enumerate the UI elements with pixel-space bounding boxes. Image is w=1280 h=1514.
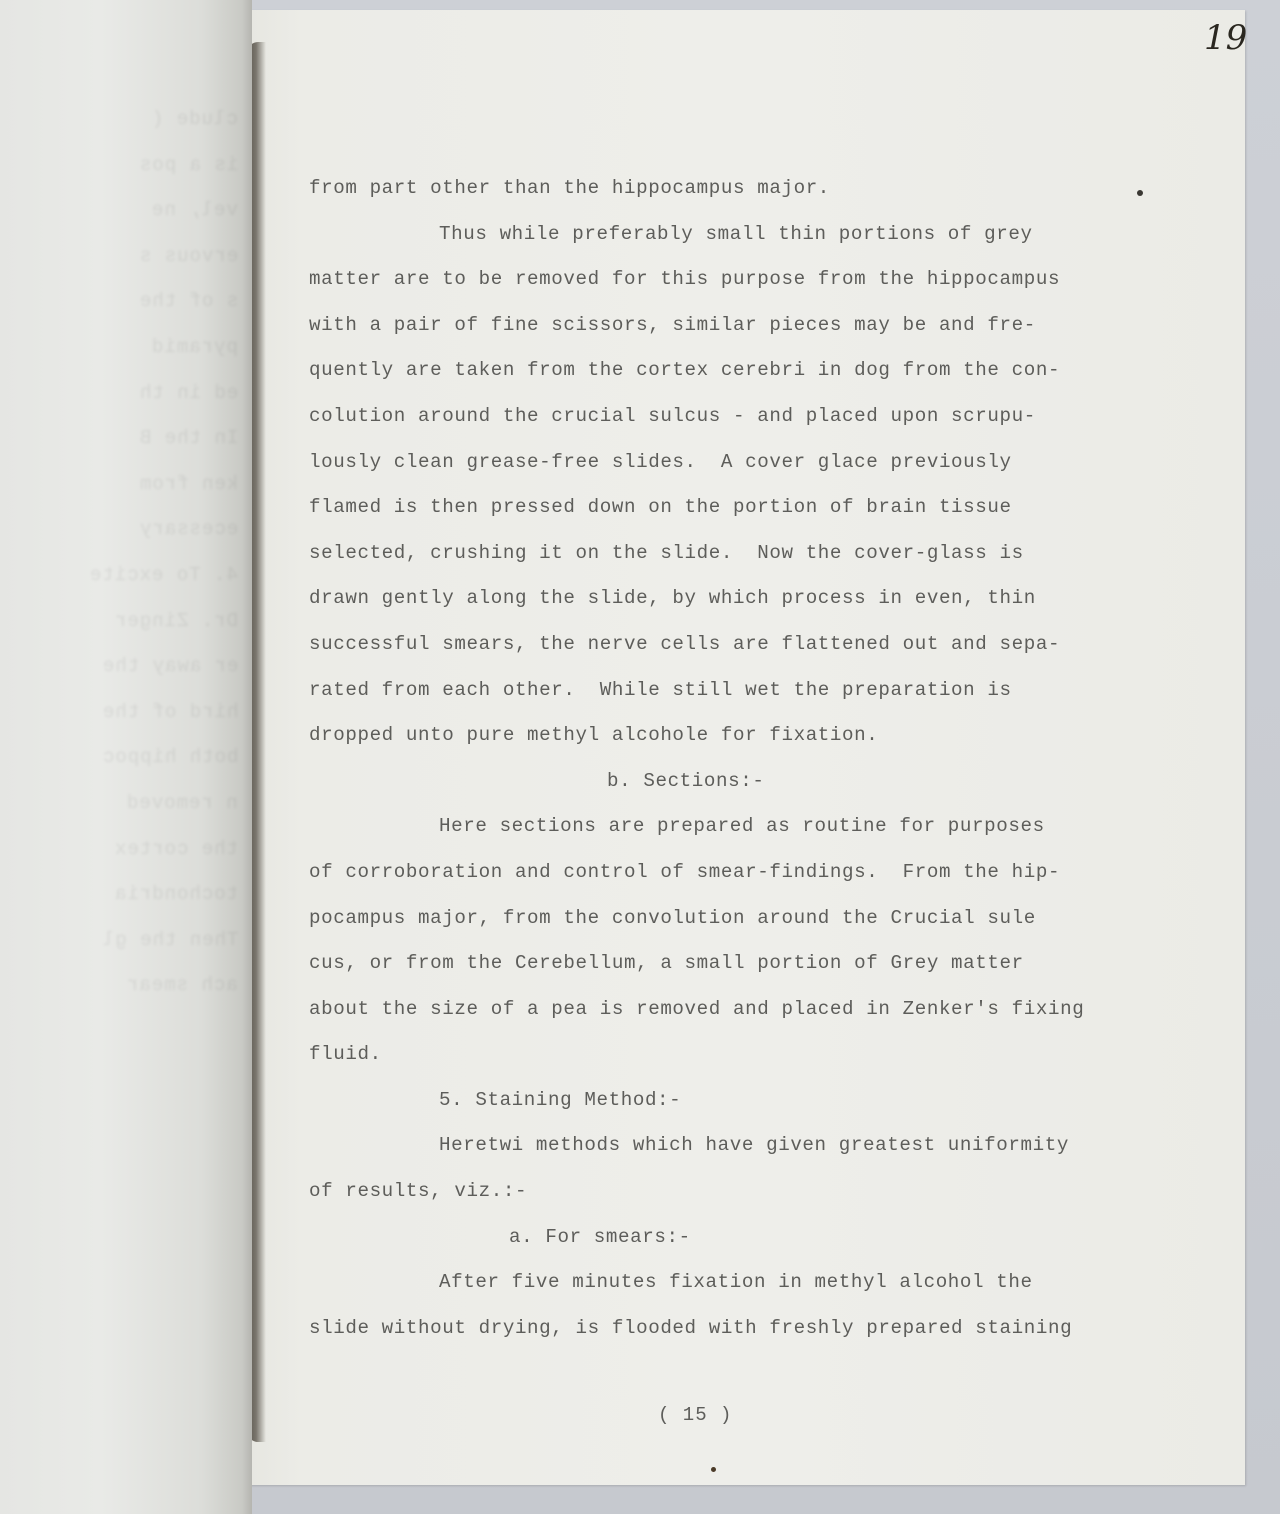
ghost-text-line: er away the <box>102 655 238 677</box>
ghost-text-line: pyramid <box>151 336 238 358</box>
text-line: rated from each other. While still wet t… <box>309 668 1189 714</box>
text-line: pocampus major, from the convolution aro… <box>309 896 1189 942</box>
text-line: b. Sections:- <box>309 759 1189 805</box>
ghost-text-line: clude ( <box>151 108 238 130</box>
text-line: cus, or from the Cerebellum, a small por… <box>309 941 1189 987</box>
text-line: selected, crushing it on the slide. Now … <box>309 531 1189 577</box>
text-line: with a pair of fine scissors, similar pi… <box>309 303 1189 349</box>
typed-page-number: ( 15 ) <box>658 1404 732 1426</box>
text-line: colution around the crucial sulcus - and… <box>309 394 1189 440</box>
text-line: about the size of a pea is removed and p… <box>309 987 1189 1033</box>
text-line: 5. Staining Method:- <box>309 1078 1189 1124</box>
text-line: slide without drying, is flooded with fr… <box>309 1306 1189 1352</box>
text-line: Here sections are prepared as routine fo… <box>309 804 1189 850</box>
ghost-text-line: hird of the <box>102 701 238 723</box>
ghost-text-line: ed in th <box>139 382 238 404</box>
handwritten-page-number: 19 <box>1204 18 1247 58</box>
text-line: fluid. <box>309 1032 1189 1078</box>
ghost-text-line: ervous s <box>139 245 238 267</box>
text-line: of corroboration and control of smear-fi… <box>309 850 1189 896</box>
text-line: matter are to be removed for this purpos… <box>309 257 1189 303</box>
text-line: After five minutes fixation in methyl al… <box>309 1260 1189 1306</box>
text-line: Heretwi methods which have given greates… <box>309 1123 1189 1169</box>
text-line: successful smears, the nerve cells are f… <box>309 622 1189 668</box>
ghost-text-line: ecessary <box>139 518 238 540</box>
text-line: flamed is then pressed down on the porti… <box>309 485 1189 531</box>
text-line: from part other than the hippocampus maj… <box>309 166 1189 212</box>
left-facing-page: clude (is a posvel, neervous ss of thepy… <box>0 0 252 1514</box>
ghost-text-line: Then the gl <box>102 929 238 951</box>
text-line: of results, viz.:- <box>309 1169 1189 1215</box>
typed-body-text: from part other than the hippocampus maj… <box>309 166 1189 1351</box>
text-line: drawn gently along the slide, by which p… <box>309 576 1189 622</box>
text-line: dropped unto pure methyl alcohole for fi… <box>309 713 1189 759</box>
ghost-text-line: is a pos <box>139 154 238 176</box>
ghost-text-line: tochondria <box>114 883 238 905</box>
ghost-text-line: 4. To excite <box>89 564 238 586</box>
ghost-text-line: ken from <box>139 473 238 495</box>
ghost-text-line: the cortex <box>114 838 238 860</box>
ghost-text-line: In the B <box>139 427 238 449</box>
paper-speck <box>711 1467 716 1472</box>
ghost-text-line: s of the <box>139 290 238 312</box>
ghost-text-line: n removed <box>126 792 238 814</box>
text-line: lously clean grease-free slides. A cover… <box>309 440 1189 486</box>
text-line: a. For smears:- <box>309 1215 1189 1261</box>
ghost-text-line: ach smear <box>126 974 238 996</box>
text-line: quently are taken from the cortex cerebr… <box>309 348 1189 394</box>
ghost-text-line: Dr. Zinger <box>114 610 238 632</box>
text-line: Thus while preferably small thin portion… <box>309 212 1189 258</box>
ghost-text-line: both hippoc <box>102 746 238 768</box>
ghost-text-line: vel, ne <box>151 199 238 221</box>
